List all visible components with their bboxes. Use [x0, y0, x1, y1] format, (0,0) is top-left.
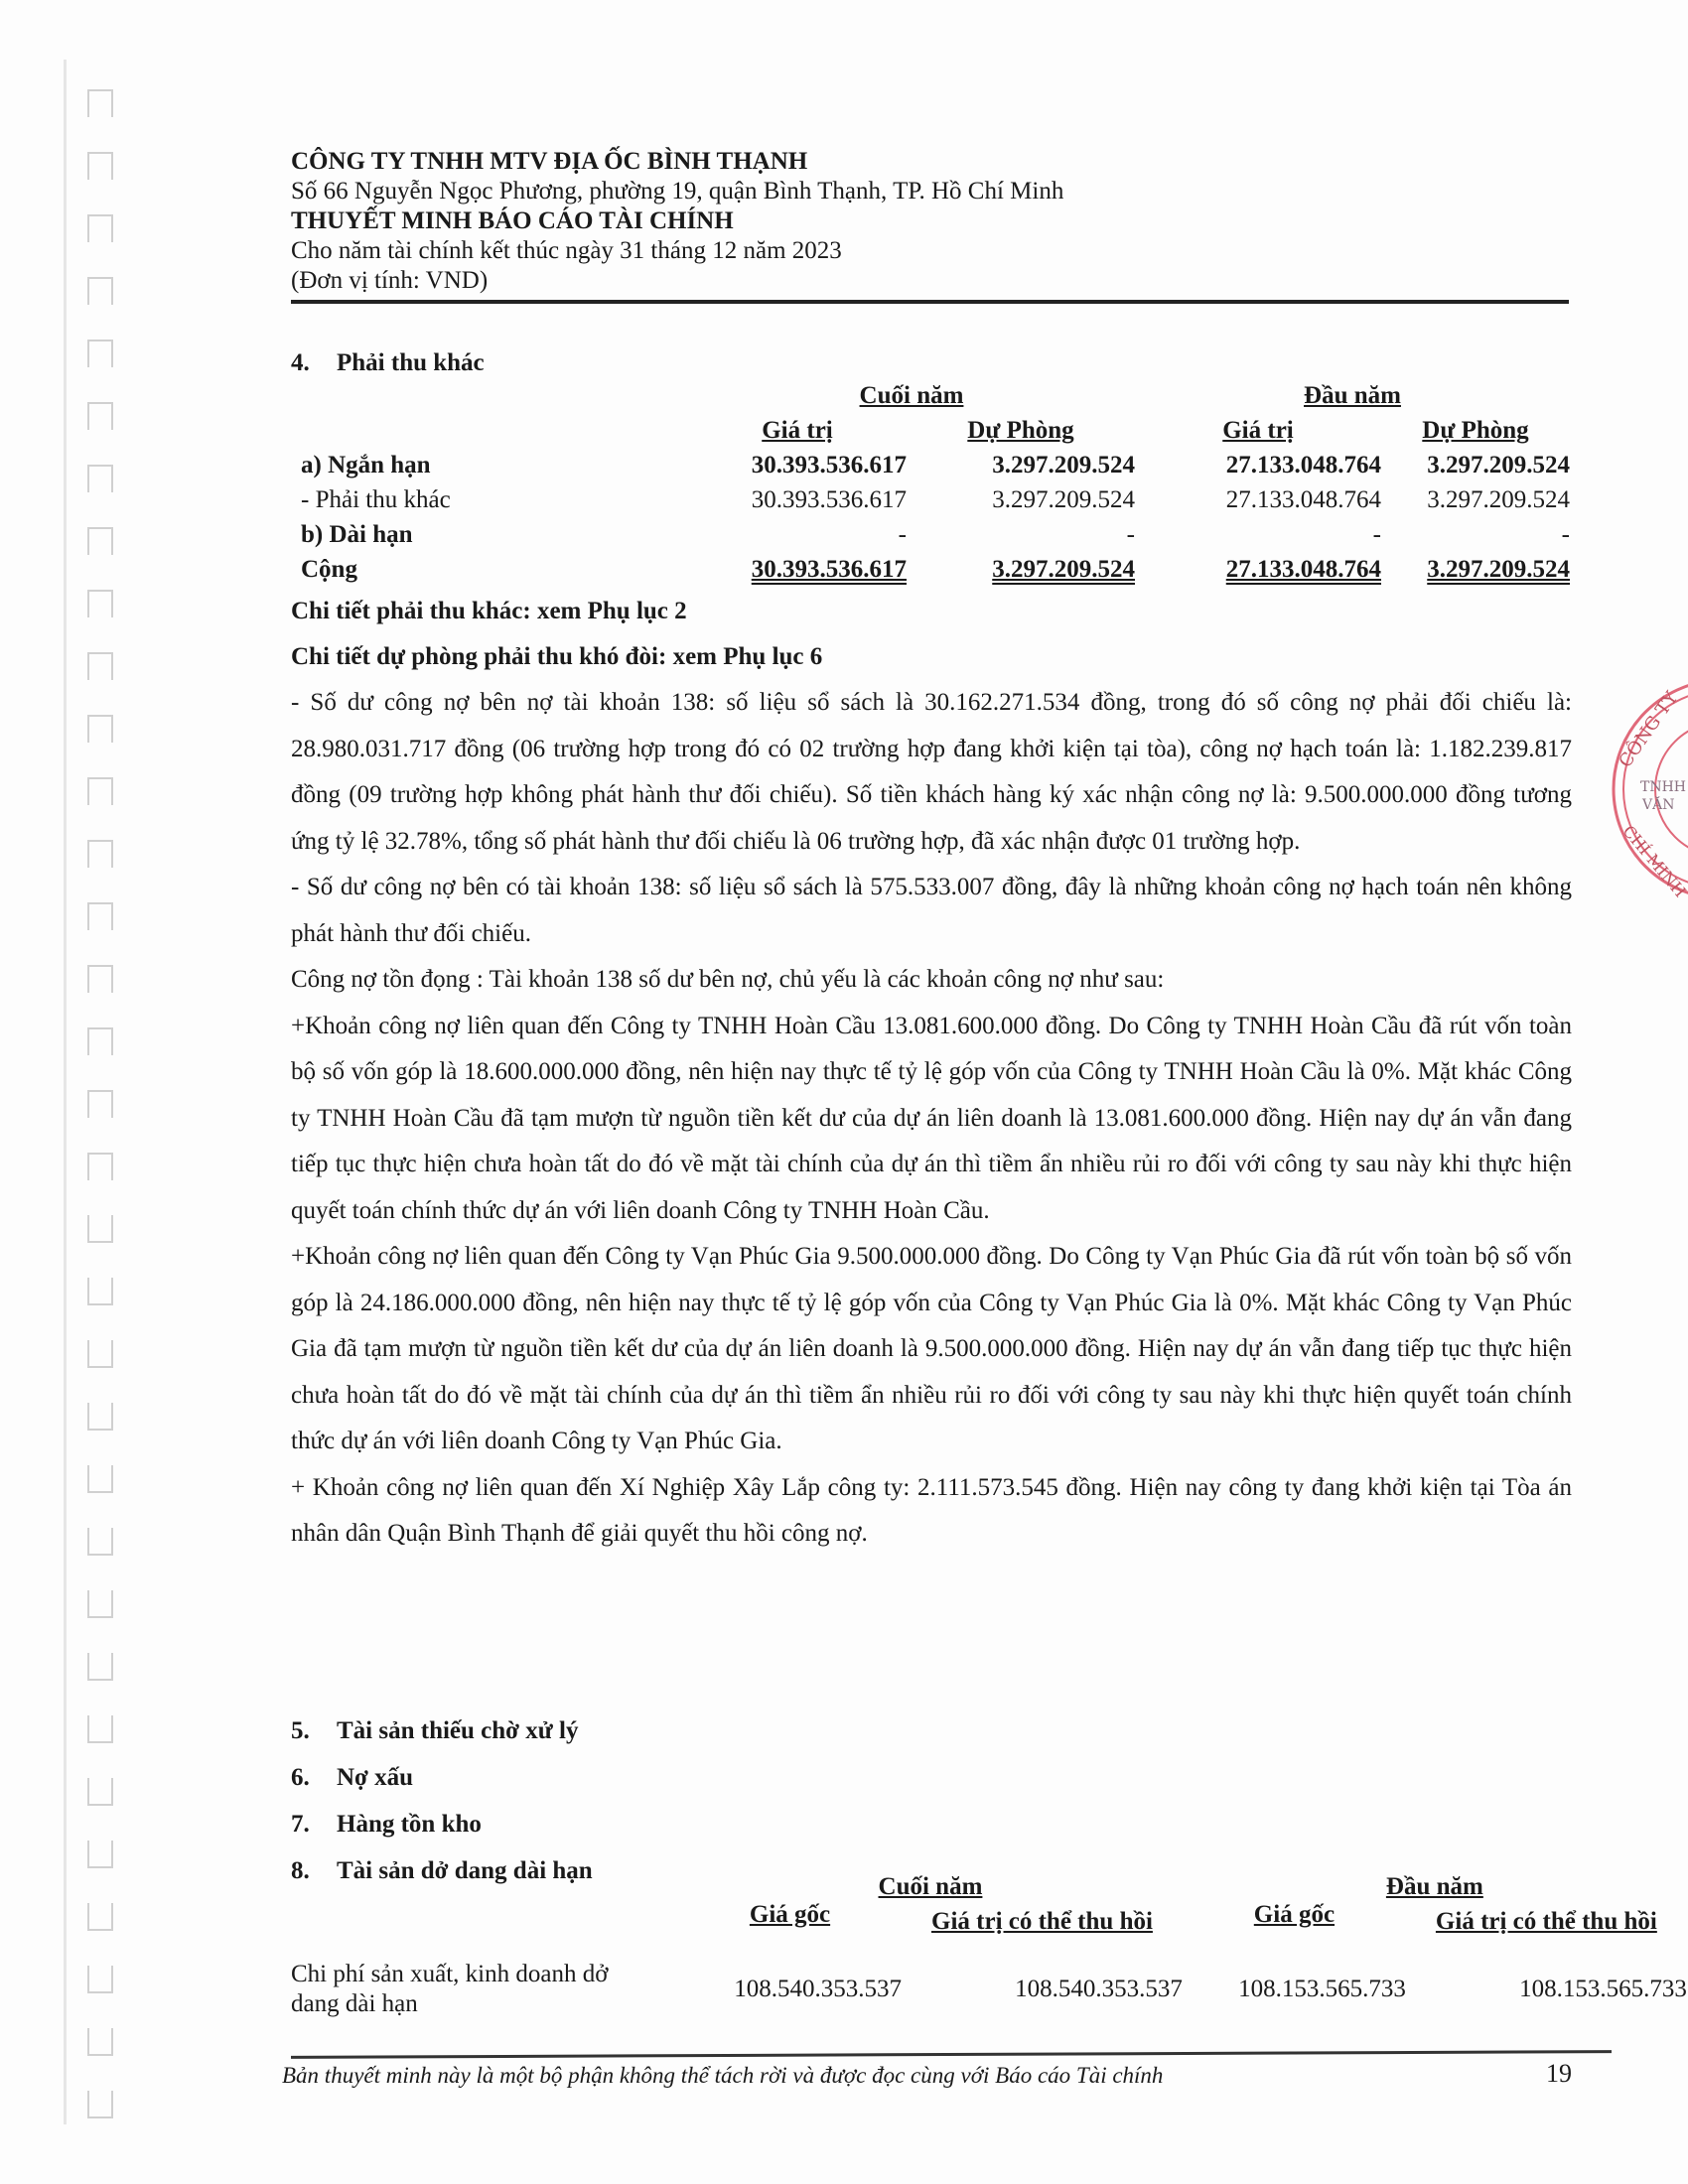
- cell-value: 3.297.209.524: [1427, 556, 1570, 583]
- svg-text:CÔNG TY: CÔNG TY: [1614, 686, 1683, 771]
- group-header-begin-year: Đầu năm: [1386, 1873, 1483, 1900]
- svg-text:TNHH: TNHH: [1640, 779, 1686, 795]
- receivables-notes: Chi tiết phải thu khác: xem Phụ lục 2 Ch…: [291, 589, 1572, 1558]
- appendix-reference: Chi tiết phải thu khác: xem Phụ lục 2: [291, 589, 1572, 634]
- section-heading: 6.Nợ xấu: [291, 1754, 593, 1801]
- cell-value: 27.133.048.764: [1135, 445, 1381, 479]
- note-paragraph: +Khoản công nợ liên quan đến Công ty Vạn…: [291, 1234, 1572, 1465]
- row-label: a) Ngắn hạn: [291, 445, 688, 479]
- header-divider: [291, 300, 1569, 304]
- table-row: b) Dài hạn - - - -: [291, 514, 1570, 549]
- svg-text:CHÍ MINH: CHÍ MINH: [1619, 821, 1688, 901]
- footer-divider: [291, 2050, 1612, 2059]
- row-label: Chi phí sản xuất, kinh doanh dở dang dài…: [291, 1936, 678, 2019]
- column-header: Giá trị: [1222, 417, 1294, 444]
- column-header: Giá trị có thể thu hồi: [931, 1908, 1153, 1935]
- row-label: b) Dài hạn: [291, 514, 688, 549]
- cell-value: 30.393.536.617: [688, 479, 907, 514]
- column-header: Dự Phòng: [967, 417, 1073, 444]
- company-address: Số 66 Nguyễn Ngọc Phương, phường 19, quậ…: [291, 177, 1572, 206]
- cell-value: 3.297.209.524: [1381, 445, 1570, 479]
- note-paragraph: - Số dư công nợ bên nợ tài khoản 138: số…: [291, 680, 1572, 865]
- cell-value: 30.393.536.617: [688, 445, 907, 479]
- appendix-reference: Chi tiết dự phòng phải thu khó đòi: xem …: [291, 634, 1572, 680]
- note-paragraph: +Khoản công nợ liên quan đến Công ty TNH…: [291, 1004, 1572, 1235]
- table-row: a) Ngắn hạn 30.393.536.617 3.297.209.524…: [291, 445, 1570, 479]
- note-paragraph: Công nợ tồn đọng : Tài khoản 138 số dư b…: [291, 957, 1572, 1004]
- cell-value: 108.153.565.733: [1183, 1936, 1406, 2019]
- company-name: CÔNG TY TNHH MTV ĐỊA ỐC BÌNH THẠNH: [291, 147, 1572, 177]
- column-header: Giá trị có thể thu hồi: [1436, 1908, 1657, 1935]
- cell-value: 3.297.209.524: [907, 479, 1135, 514]
- cell-value: 3.297.209.524: [1381, 479, 1570, 514]
- long-term-wip-table: Cuối năm Đầu năm Giá gốc Giá trị có thể …: [291, 1866, 1687, 2019]
- cell-value: 3.297.209.524: [992, 556, 1135, 583]
- cell-value: 27.133.048.764: [1135, 479, 1381, 514]
- cell-value: -: [1135, 514, 1381, 549]
- section-title: Phải thu khác: [337, 349, 485, 376]
- column-header: Giá gốc: [750, 1901, 830, 1928]
- binding-holes: [87, 89, 117, 2153]
- cell-value: -: [688, 514, 907, 549]
- svg-text:VĂN: VĂN: [1641, 795, 1674, 813]
- row-label: Cộng: [291, 549, 688, 584]
- section-4-heading: 4.Phải thu khác: [291, 349, 485, 377]
- column-header: Dự Phòng: [1422, 417, 1528, 444]
- other-receivables-table: Cuối năm Đầu năm Giá trị Dự Phòng Giá tr…: [291, 375, 1570, 584]
- note-paragraph: + Khoản công nợ liên quan đến Xí Nghiệp …: [291, 1465, 1572, 1558]
- section-heading: 5.Tài sản thiếu chờ xử lý: [291, 1707, 593, 1754]
- cell-value: 108.153.565.733: [1406, 1936, 1687, 2019]
- note-paragraph: - Số dư công nợ bên có tài khoản 138: số…: [291, 865, 1572, 957]
- cell-value: 108.540.353.537: [902, 1936, 1183, 2019]
- cell-value: -: [1381, 514, 1570, 549]
- company-seal-stamp-icon: CÔNG TY TNHH VĂN CHÍ MINH: [1599, 670, 1688, 908]
- binding-edge: [64, 60, 67, 2124]
- row-label: - Phải thu khác: [291, 479, 688, 514]
- section-number: 4.: [291, 349, 337, 377]
- cell-value: 27.133.048.764: [1226, 556, 1381, 583]
- cell-value: 108.540.353.537: [678, 1936, 902, 2019]
- cell-value: 3.297.209.524: [907, 445, 1135, 479]
- currency-unit: (Đơn vị tính: VND): [291, 266, 1572, 296]
- document-header: CÔNG TY TNHH MTV ĐỊA ỐC BÌNH THẠNH Số 66…: [291, 147, 1572, 296]
- cell-value: 30.393.536.617: [752, 556, 907, 583]
- cell-value: -: [907, 514, 1135, 549]
- table-row: Chi phí sản xuất, kinh doanh dở dang dài…: [291, 1936, 1687, 2019]
- group-header-end-year: Cuối năm: [879, 1873, 983, 1900]
- footer-note: Bản thuyết minh này là một bộ phận không…: [282, 2063, 1163, 2089]
- section-heading: 7.Hàng tồn kho: [291, 1801, 593, 1847]
- group-header-end-year: Cuối năm: [860, 382, 964, 409]
- column-header: Giá gốc: [1254, 1901, 1335, 1928]
- group-header-begin-year: Đầu năm: [1304, 382, 1401, 409]
- page-number: 19: [1546, 2059, 1572, 2089]
- table-row-total: Cộng 30.393.536.617 3.297.209.524 27.133…: [291, 549, 1570, 584]
- report-title: THUYẾT MINH BÁO CÁO TÀI CHÍNH: [291, 206, 1572, 236]
- report-period: Cho năm tài chính kết thúc ngày 31 tháng…: [291, 236, 1572, 266]
- table-row: - Phải thu khác 30.393.536.617 3.297.209…: [291, 479, 1570, 514]
- column-header: Giá trị: [762, 417, 833, 444]
